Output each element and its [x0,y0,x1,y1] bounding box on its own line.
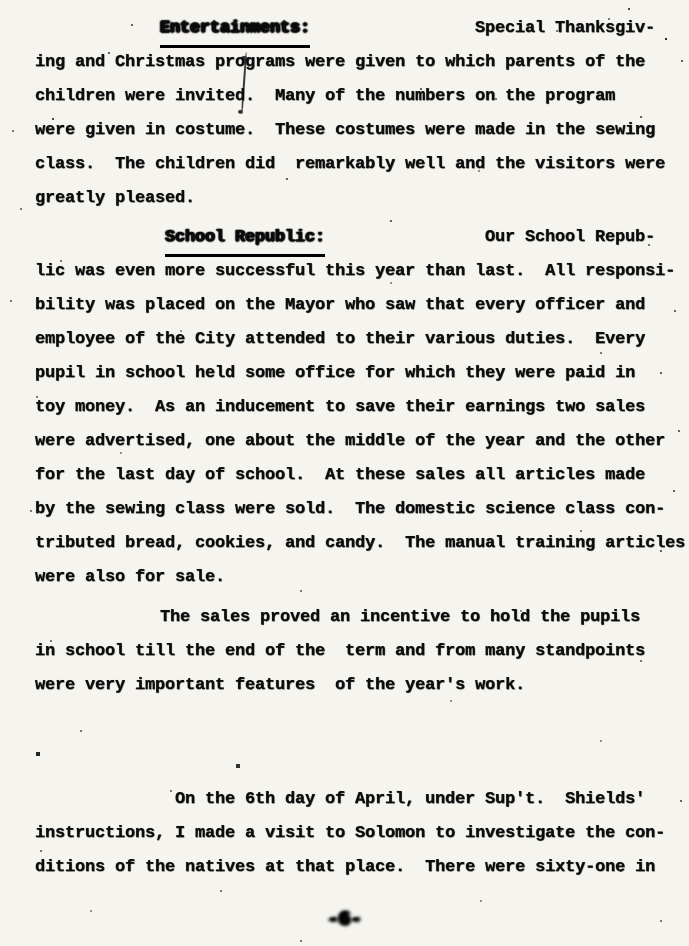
text-line: were also for sale. [35,561,655,595]
text-line: for the last day of school. At these sal… [35,459,655,493]
school-republic-heading-right-text: Our School Repub- [485,221,655,255]
text-line-indented: On the 6th day of April, under Sup't. Sh… [175,790,645,809]
text-line: bility was placed on the Mayor who saw t… [35,289,655,323]
solomon-paragraph-first-line: On the 6th day of April, under Sup't. Sh… [35,783,655,817]
entertainments-heading: Entertainments: [160,14,310,48]
text-line: pupil in school held some office for whi… [35,357,655,391]
text-line: toy money. As an inducement to save thei… [35,391,655,425]
text-layer: Entertainments: Special Thanksgiv- ing a… [0,0,689,885]
text-line: were very important features of the year… [35,669,655,703]
text-line: ing and Christmas programs were given to… [35,46,655,80]
entertainments-heading-line: Entertainments: Special Thanksgiv- [35,12,655,46]
text-line: were advertised, one about the middle of… [35,425,655,459]
text-line: employee of the City attended to their v… [35,323,655,357]
text-line: class. The children did remarkably well … [35,148,655,182]
text-line: greatly pleased. [35,182,655,216]
text-line-indented: The sales proved an incentive to hold th… [160,608,640,627]
page-number: -6- [0,908,689,930]
text-line: by the sewing class were sold. The domes… [35,493,655,527]
document-page: Entertainments: Special Thanksgiv- ing a… [0,0,689,946]
text-line: were given in costume. These costumes we… [35,114,655,148]
text-line: ditions of the natives at that place. Th… [35,851,655,885]
text-line: tributed bread, cookies, and candy. The … [35,527,655,561]
school-republic-heading-line: School Republic: Our School Repub- [35,221,655,255]
text-line: instructions, I made a visit to Solomon … [35,817,655,851]
school-republic-heading: School Republic: [165,223,325,257]
entertainments-heading-right-text: Special Thanksgiv- [475,12,655,46]
text-line: children were invited. Many of the numbe… [35,80,655,114]
text-line: lic was even more successful this year t… [35,255,655,289]
sales-paragraph-first-line: The sales proved an incentive to hold th… [35,601,655,635]
text-line: in school till the end of the term and f… [35,635,655,669]
